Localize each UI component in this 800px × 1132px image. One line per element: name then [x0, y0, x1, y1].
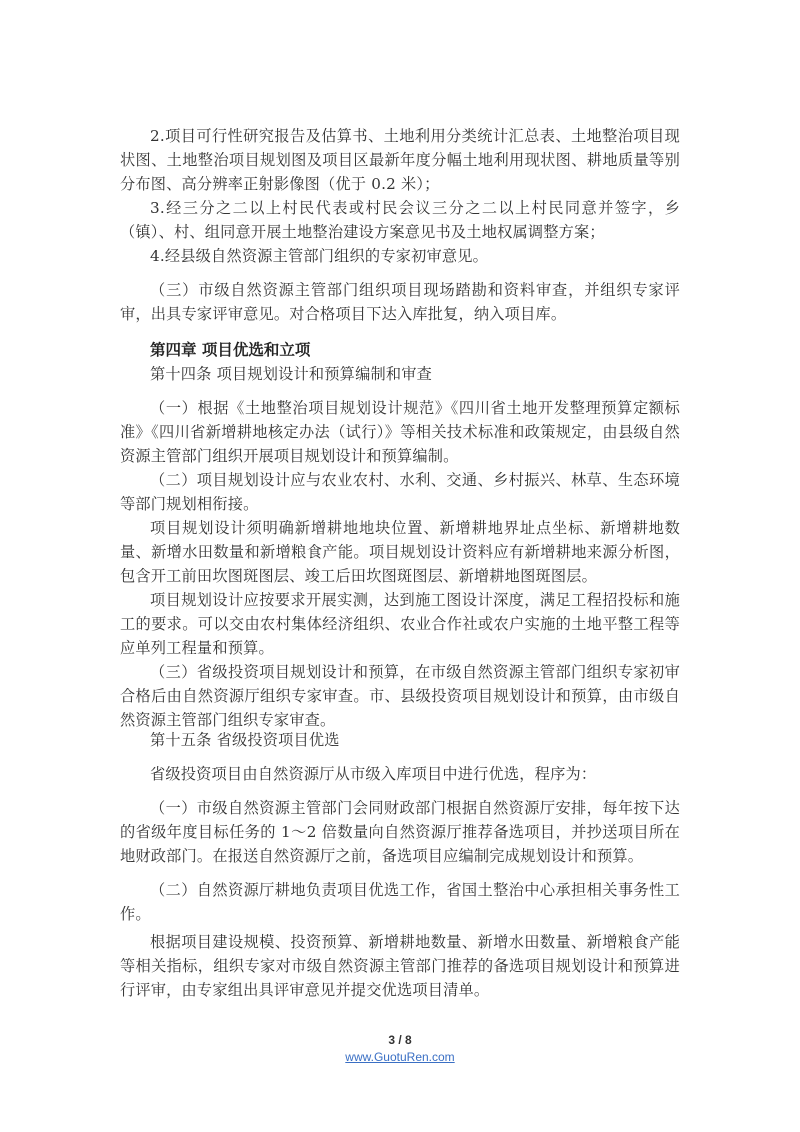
site-link[interactable]: www.GuotuRen.com — [0, 1050, 800, 1064]
article-15-title: 第十五条 省级投资项目优选 — [120, 728, 680, 752]
paragraph-item-3: 3.经三分之二以上村民代表或村民会议三分之二以上村民同意并签字，乡（镇）、村、组… — [120, 196, 680, 244]
paragraph-item-2: 2.项目可行性研究报告及估算书、土地利用分类统计汇总表、土地整治项目现状图、土地… — [120, 124, 680, 196]
article-14-para-5: （三）省级投资项目规划设计和预算，在市级自然资源主管部门组织专家初审合格后由自然… — [120, 660, 680, 732]
article-14-para-3: 项目规划设计须明确新增耕地地块位置、新增耕地界址点坐标、新增耕地数量、新增水田数… — [120, 516, 680, 588]
paragraph-item-4: 4.经县级自然资源主管部门组织的专家初审意见。 — [120, 244, 680, 268]
chapter-heading: 第四章 项目优选和立项 — [150, 338, 310, 360]
article-14-para-2: （二）项目规划设计应与农业农村、水利、交通、乡村振兴、林草、生态环境等部门规划相… — [120, 468, 680, 516]
article-14-para-1: （一）根据《土地整治项目规划设计规范》《四川省土地开发整理预算定额标准》《四川省… — [120, 396, 680, 468]
paragraph-section-3: （三）市级自然资源主管部门组织项目现场踏勘和资料审查，并组织专家评审，出具专家评… — [120, 278, 680, 326]
article-15-para-1: 省级投资项目由自然资源厅从市级入库项目中进行优选，程序为： — [120, 762, 680, 786]
article-14-title: 第十四条 项目规划设计和预算编制和审查 — [120, 362, 680, 386]
article-15-para-3: （二）自然资源厅耕地负责项目优选工作，省国土整治中心承担相关事务性工作。 — [120, 878, 680, 926]
page-number: 3 / 8 — [0, 1033, 800, 1047]
article-14-para-4: 项目规划设计应按要求开展实测，达到施工图设计深度，满足工程招投标和施工的要求。可… — [120, 588, 680, 660]
article-15-para-2: （一）市级自然资源主管部门会同财政部门根据自然资源厅安排，每年按下达的省级年度目… — [120, 796, 680, 868]
article-15-para-4: 根据项目建设规模、投资预算、新增耕地数量、新增水田数量、新增粮食产能等相关指标，… — [120, 930, 680, 1002]
